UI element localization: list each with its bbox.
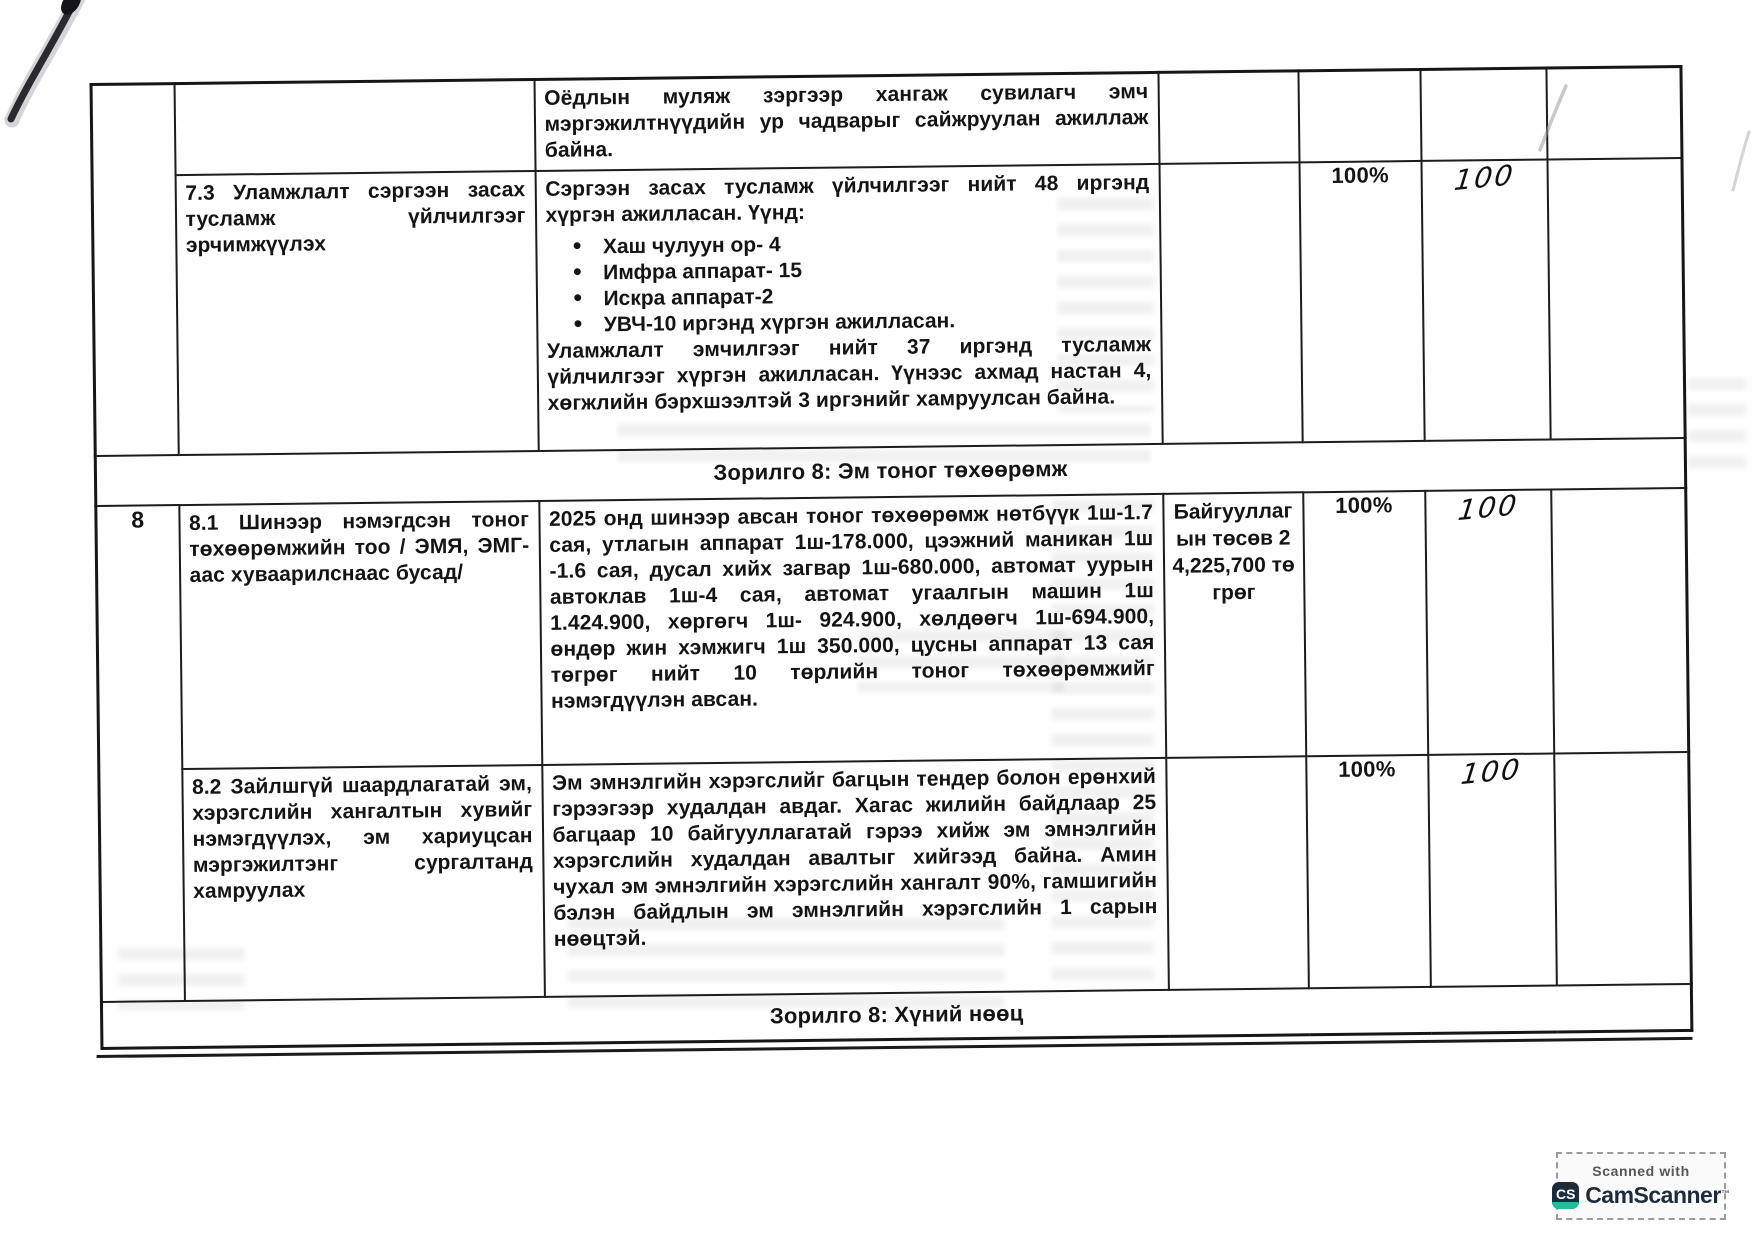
detail-cell: 2025 онд шинээр авсан тоног төхөөрөмж нө… bbox=[539, 494, 1166, 765]
detail-text: Оёдлын муляж зэргээр хангаж сувилагч эмч… bbox=[535, 74, 1158, 170]
detail-cell: Эм эмнэлгийн хэрэгслийг багцын тендер бо… bbox=[542, 758, 1169, 997]
extra-cell-empty bbox=[1554, 752, 1692, 986]
score-cell-empty bbox=[1420, 68, 1547, 161]
task-cell: 8.2 Зайлшгүй шаардлагатай эм, хэрэгслийн… bbox=[182, 765, 545, 1001]
detail-cell: Оёдлын муляж зэргээр хангаж сувилагч эмч… bbox=[534, 72, 1159, 171]
camscanner-logo-icon: CS bbox=[1552, 1182, 1579, 1209]
camscanner-brand-text: CamScanner™ bbox=[1585, 1182, 1730, 1209]
performance-report-table: Оёдлын муляж зэргээр хангаж сувилагч эмч… bbox=[90, 65, 1694, 1050]
budget-cell: Байгууллагын төсөв 24,225,700 төгрөг bbox=[1163, 492, 1306, 758]
handwritten-score: 100 bbox=[1456, 488, 1520, 527]
camscanner-watermark: Scanned with CS CamScanner™ bbox=[1556, 1152, 1726, 1220]
task-text: 7.3 Уламжлалт сэргээн засах тусламж үйлч… bbox=[176, 172, 535, 265]
score-cell: 100 bbox=[1428, 753, 1557, 986]
detail-cell: Сэргээн засах тусламж үйлчилгээг нийт 48… bbox=[535, 164, 1162, 451]
scanned-with-label: Scanned with bbox=[1592, 1163, 1689, 1179]
percent-value: 100% bbox=[1335, 492, 1393, 518]
task-cell: 8.1 Шинээр нэмэгдсэн тоног төхөөрөмжийн … bbox=[179, 501, 542, 769]
budget-cell-empty bbox=[1166, 756, 1309, 990]
table-row: 7.3 Уламжлалт сэргээн засах тусламж үйлч… bbox=[92, 158, 1685, 456]
task-cell: 7.3 Уламжлалт сэргээн засах тусламж үйлч… bbox=[175, 171, 538, 455]
task-cell-empty bbox=[174, 80, 535, 176]
row-number-cell-empty bbox=[91, 84, 178, 456]
handwritten-score: 100 bbox=[1459, 752, 1523, 791]
percent-cell-empty bbox=[1298, 69, 1421, 162]
camscanner-brand-row: CS CamScanner™ bbox=[1552, 1182, 1730, 1209]
cs-logo-text: CS bbox=[1556, 1187, 1575, 1201]
row-number-cell: 8 bbox=[96, 505, 185, 1002]
score-cell: 100 bbox=[1425, 489, 1554, 754]
task-text: 8.2 Зайлшгүй шаардлагатай эм, хэрэгслийн… bbox=[183, 766, 543, 911]
handwritten-score: 100 bbox=[1452, 158, 1516, 197]
budget-cell-empty bbox=[1158, 71, 1299, 164]
table-row: 8 8.1 Шинээр нэмэгдсэн тоног төхөөрөмжий… bbox=[96, 488, 1689, 770]
percent-cell: 100% bbox=[1303, 491, 1428, 756]
extra-cell-empty bbox=[1547, 158, 1685, 440]
trademark-symbol: ™ bbox=[1721, 1189, 1730, 1199]
faint-edge-mark-icon bbox=[1725, 128, 1755, 198]
percent-cell: 100% bbox=[1299, 161, 1424, 442]
bullet-list: Хаш чулуун ор- 4 Имфра аппарат- 15 Искра… bbox=[537, 228, 1160, 339]
percent-value: 100% bbox=[1338, 756, 1396, 782]
bleedthrough-artifact bbox=[1688, 378, 1746, 470]
report-table-scan: Оёдлын муляж зэргээр хангаж сувилагч эмч… bbox=[90, 65, 1691, 1058]
extra-cell-empty bbox=[1546, 66, 1682, 159]
percent-cell: 100% bbox=[1306, 755, 1431, 988]
extra-cell-empty bbox=[1551, 488, 1689, 754]
cs-logo-swoosh bbox=[1552, 1202, 1579, 1209]
task-text: 8.1 Шинээр нэмэгдсэн тоног төхөөрөмжийн … bbox=[180, 502, 539, 595]
percent-value: 100% bbox=[1331, 162, 1389, 188]
budget-cell-empty bbox=[1159, 162, 1302, 444]
brand-label: CamScanner bbox=[1585, 1182, 1721, 1208]
table-row: 8.2 Зайлшгүй шаардлагатай эм, хэрэгслийн… bbox=[99, 752, 1692, 1002]
detail-outro: Уламжлалт эмчилгээг нийт 37 иргэнд тусла… bbox=[538, 332, 1161, 423]
detail-text: Эм эмнэлгийн хэрэгслийг багцын тендер бо… bbox=[543, 759, 1167, 959]
detail-text: 2025 онд шинээр авсан тоног төхөөрөмж нө… bbox=[540, 495, 1164, 721]
table-row: Оёдлын муляж зэргээр хангаж сувилагч эмч… bbox=[91, 66, 1682, 176]
detail-intro: Сэргээн засах тусламж үйлчилгээг нийт 48… bbox=[536, 165, 1159, 235]
scanned-document-page: { "table": { "group_no": "8", "rows": { … bbox=[0, 0, 1755, 1240]
score-cell: 100 bbox=[1421, 160, 1550, 441]
